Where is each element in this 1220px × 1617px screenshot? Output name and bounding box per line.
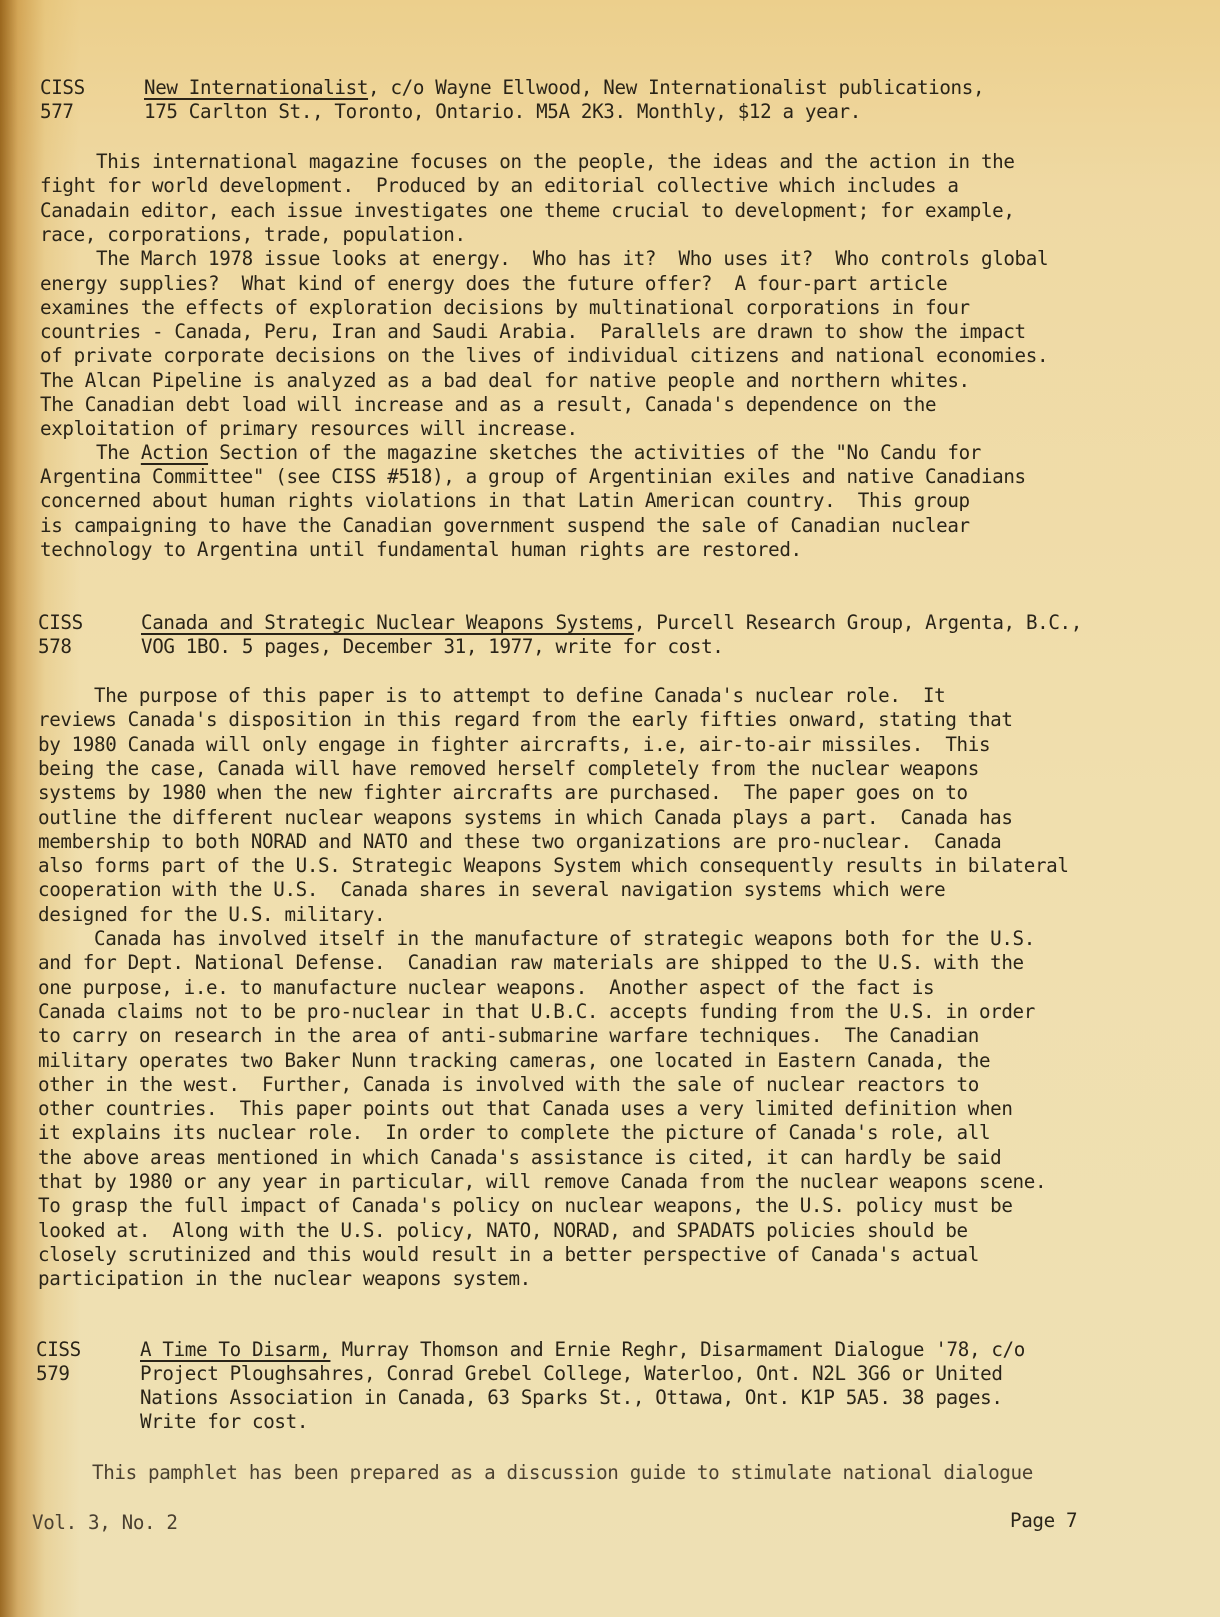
body-text-line: Canada claims not to be pro-nuclear in t…: [38, 1000, 1035, 1024]
body-text-line: that by 1980 or any year in particular, …: [38, 1170, 1046, 1194]
ciss-number: 578: [38, 635, 72, 659]
ciss-label: CISS: [38, 611, 83, 635]
citation-details: Murray Thomson and Ernie Reghr, Disarmam…: [330, 1338, 1025, 1361]
body-text-line: looked at. Along with the U.S. policy, N…: [38, 1219, 968, 1243]
body-text-line: participation in the nuclear weapons sys…: [38, 1267, 531, 1291]
body-text-line: is campaigning to have the Canadian gove…: [40, 514, 970, 538]
ciss-number: 577: [40, 100, 74, 124]
body-text-line: membership to both NORAD and NATO and th…: [38, 830, 1001, 854]
body-text-line: cooperation with the U.S. Canada shares …: [38, 878, 945, 902]
citation-line-3: Nations Association in Canada, 63 Sparks…: [140, 1386, 1003, 1410]
body-text-line: technology to Argentina until fundamenta…: [40, 538, 802, 562]
body-text-line: other countries. This paper points out t…: [38, 1097, 1013, 1121]
body-text-line: concerned about human rights violations …: [40, 489, 970, 513]
body-text-line: and for Dept. National Defense. Canadian…: [38, 951, 1024, 975]
citation-details: , Purcell Research Group, Argenta, B.C.,: [634, 611, 1082, 634]
body-text-line: fight for world development. Produced by…: [40, 174, 959, 198]
publication-title: A Time To Disarm,: [140, 1338, 330, 1361]
ciss-number: 579: [36, 1362, 70, 1386]
action-section-title: Action: [141, 441, 208, 464]
citation-line-2: 175 Carlton St., Toronto, Ontario. M5A 2…: [144, 100, 861, 124]
body-text-line: outline the different nuclear weapons sy…: [38, 806, 1013, 830]
ciss-label: CISS: [36, 1338, 81, 1362]
body-text-line: being the case, Canada will have removed…: [38, 757, 979, 781]
citation-details: , c/o Wayne Ellwood, New Internationalis…: [368, 76, 984, 99]
citation-line-4: Write for cost.: [140, 1410, 308, 1434]
body-text-line: to carry on research in the area of anti…: [38, 1024, 979, 1048]
body-text-line: systems by 1980 when the new fighter air…: [38, 781, 968, 805]
body-text-line: This pamphlet has been prepared as a dis…: [36, 1461, 1033, 1485]
body-text-line: one purpose, i.e. to manufacture nuclear…: [38, 976, 934, 1000]
publication-title: Canada and Strategic Nuclear Weapons Sys…: [141, 611, 634, 634]
citation-line-2: VOG 1BO. 5 pages, December 31, 1977, wri…: [141, 635, 724, 659]
volume-number: Vol. 3, No. 2: [32, 1511, 178, 1535]
body-text-line: Argentina Committee" (see CISS #518), a …: [40, 465, 1026, 489]
body-text-line: closely scrutinized and this would resul…: [38, 1243, 979, 1267]
body-text-line: Canada has involved itself in the manufa…: [38, 927, 1035, 951]
body-text-line: This international magazine focuses on t…: [40, 150, 1015, 174]
body-text-line: designed for the U.S. military.: [38, 903, 385, 927]
page-number: Page 7: [1010, 1509, 1077, 1533]
body-text-line: To grasp the full impact of Canada's pol…: [38, 1194, 1013, 1218]
body-text-line: exploitation of primary resources will i…: [40, 417, 578, 441]
body-text-line: countries - Canada, Peru, Iran and Saudi…: [40, 320, 1026, 344]
citation-line-1: A Time To Disarm, Murray Thomson and Ern…: [140, 1338, 1025, 1362]
body-text-line: by 1980 Canada will only engage in fight…: [38, 733, 990, 757]
body-text-line: The purpose of this paper is to attempt …: [38, 684, 945, 708]
body-text-line: Canadain editor, each issue investigates…: [40, 199, 1015, 223]
text-fragment: Section of the magazine sketches the act…: [208, 441, 981, 464]
body-text-line: reviews Canada's disposition in this reg…: [38, 708, 1013, 732]
body-text-line: The Alcan Pipeline is analyzed as a bad …: [40, 369, 970, 393]
ciss-label: CISS: [40, 76, 85, 100]
citation-line-2: Project Ploughsahres, Conrad Grebel Coll…: [140, 1362, 1003, 1386]
body-text-line: of private corporate decisions on the li…: [40, 344, 1048, 368]
body-text-line: other in the west. Further, Canada is in…: [38, 1073, 979, 1097]
body-text-line: The Canadian debt load will increase and…: [40, 393, 936, 417]
body-text-line: it explains its nuclear role. In order t…: [38, 1121, 990, 1145]
document-page: CISS 577 New Internationalist, c/o Wayne…: [0, 0, 1220, 1617]
action-paragraph-line: The Action Section of the magazine sketc…: [40, 441, 981, 465]
body-text-line: examines the effects of exploration deci…: [40, 296, 970, 320]
body-text-line: energy supplies? What kind of energy doe…: [40, 272, 947, 296]
body-text-line: the above areas mentioned in which Canad…: [38, 1146, 1001, 1170]
citation-line-1: Canada and Strategic Nuclear Weapons Sys…: [141, 611, 1082, 635]
body-text-line: military operates two Baker Nunn trackin…: [38, 1049, 990, 1073]
body-text-line: also forms part of the U.S. Strategic We…: [38, 854, 1069, 878]
publication-title: New Internationalist: [144, 76, 368, 99]
citation-line-1: New Internationalist, c/o Wayne Ellwood,…: [144, 76, 984, 100]
body-text-line: The March 1978 issue looks at energy. Wh…: [40, 247, 1048, 271]
body-text-line: race, corporations, trade, population.: [40, 223, 466, 247]
text-fragment: The: [40, 441, 141, 464]
